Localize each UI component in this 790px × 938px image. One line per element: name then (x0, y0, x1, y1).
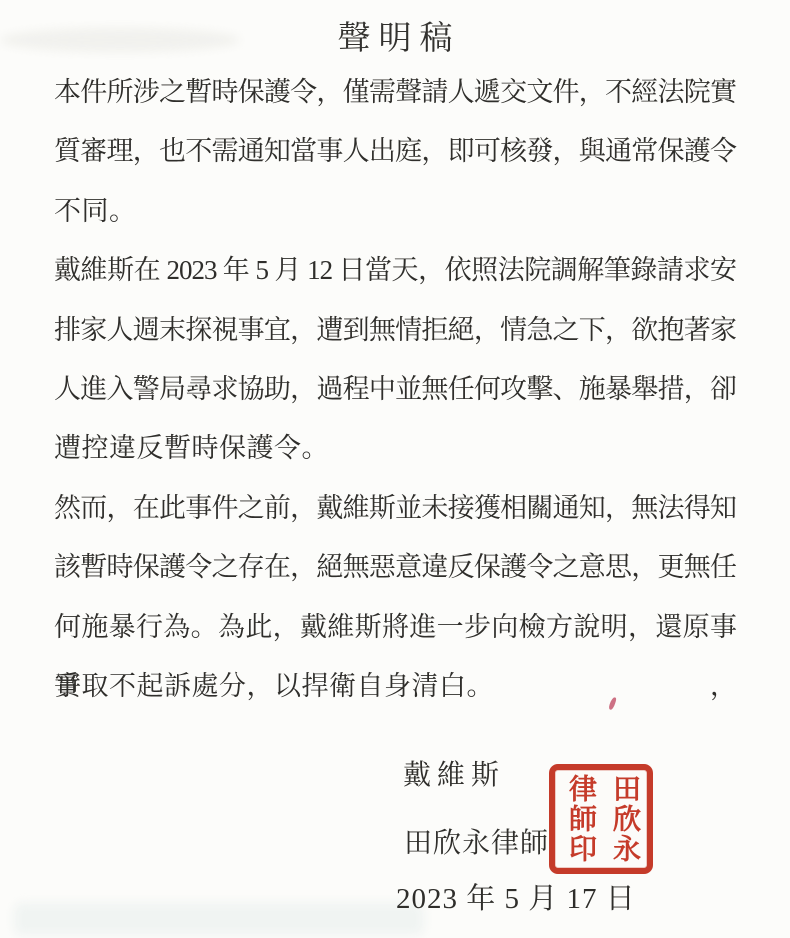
signature-declarant-name: 戴維斯 (403, 753, 505, 793)
lawyer-seal-stamp: 田欣永律師印 (549, 764, 653, 874)
statement-line: 排家人週末探視事宜，遭到無情拒絕，情急之下，欲抱著家 (54, 301, 736, 360)
statement-line: 戴維斯在 2023 年 5 月 12 日當天，依照法院調解筆錄請求安 (54, 241, 736, 300)
signature-lawyer-name: 田欣永律師 (404, 821, 549, 861)
statement-line: 遭控違反暫時保護令。 (54, 419, 736, 478)
statement-line: 該暫時保護令之存在，絕無惡意違反保護令之意思，更無任 (54, 538, 736, 597)
statement-line: 質審理，也不需通知當事人出庭，即可核發，與通常保護令 (54, 122, 736, 181)
statement-line: 何施暴行為。為此，戴維斯將進一步向檢方說明，還原事實， (54, 598, 736, 657)
scanned-statement-page: 聲明稿 本件所涉之暫時保護令，僅需聲請人遞交文件，不經法院實 質審理，也不需通知… (0, 0, 790, 938)
statement-line: 本件所涉之暫時保護令，僅需聲請人遞交文件，不經法院實 (54, 63, 736, 122)
statement-line: 人進入警局尋求協助，過程中並無任何攻擊、施暴舉措，卻 (54, 360, 736, 419)
scan-smudge-bottom (14, 903, 424, 935)
statement-body: 本件所涉之暫時保護令，僅需聲請人遞交文件，不經法院實 質審理，也不需通知當事人出… (54, 63, 736, 716)
page-title: 聲明稿 (0, 12, 790, 59)
signature-date: 2023 年 5 月 17 日 (396, 876, 636, 917)
statement-line: 不同。 (54, 182, 736, 241)
lawyer-seal-text: 田欣永律師印 (556, 772, 646, 866)
statement-line: 然而，在此事件之前，戴維斯並未接獲相關通知，無法得知 (54, 479, 736, 538)
